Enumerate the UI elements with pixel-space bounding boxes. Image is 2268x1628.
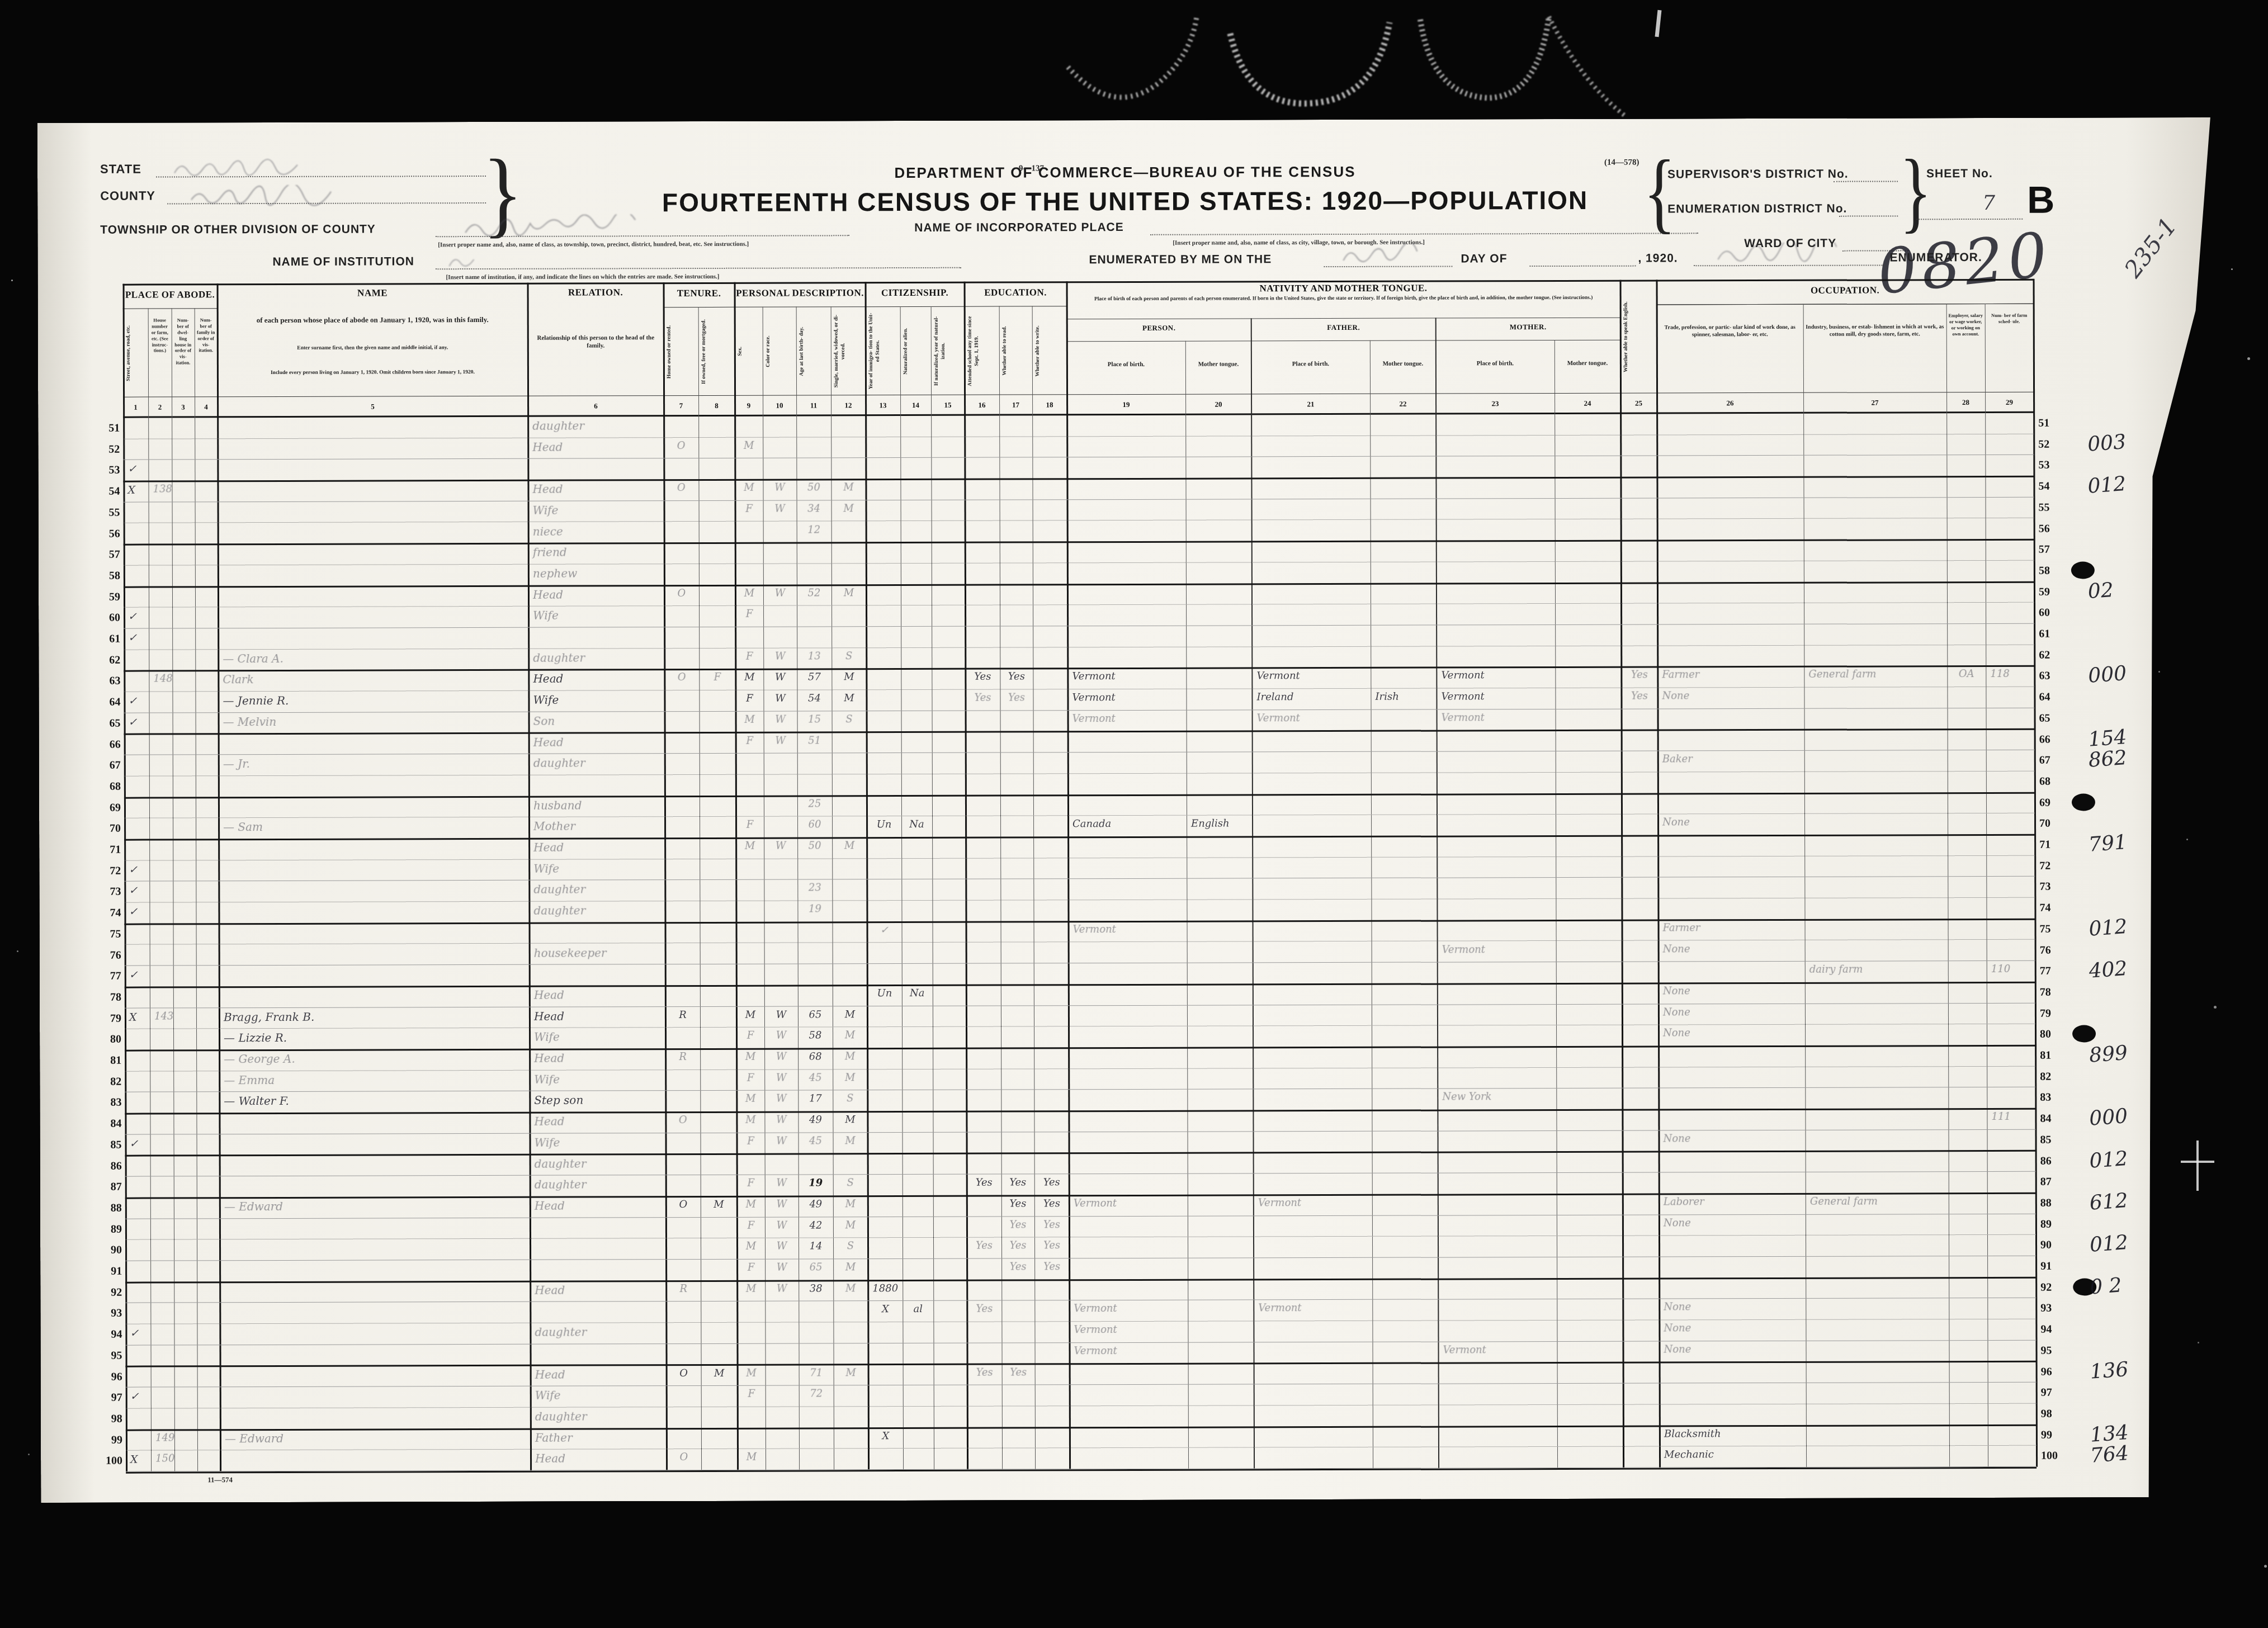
handwritten-entry: Vermont bbox=[1071, 1198, 1188, 1210]
column-number: 18 bbox=[1032, 394, 1067, 415]
handwritten-entry: Head bbox=[531, 840, 665, 854]
handwritten-entry: F bbox=[739, 1135, 763, 1147]
handwritten-entry: daughter bbox=[531, 903, 665, 917]
margin-annotation: 612 bbox=[2089, 1189, 2129, 1215]
row-number-left: 82 bbox=[100, 1075, 121, 1088]
handwritten-entry: W bbox=[767, 1051, 796, 1063]
column-number: 22 bbox=[1370, 394, 1436, 415]
handwritten-entry: daughter bbox=[533, 1409, 667, 1423]
margin-annotation: 862 bbox=[2087, 746, 2128, 772]
row-number-left: 63 bbox=[99, 675, 120, 688]
film-speckles-left bbox=[11, 280, 13, 281]
handwritten-entry: 25 bbox=[800, 798, 830, 810]
row-number-left: 77 bbox=[100, 970, 121, 983]
row-number-left: 68 bbox=[100, 780, 121, 793]
handwritten-entry: 52 bbox=[799, 587, 829, 599]
abode-checkmark: ✓ bbox=[129, 884, 138, 897]
margin-annotation: 012 bbox=[2087, 472, 2127, 498]
handwritten-entry: Ireland bbox=[1254, 691, 1371, 703]
handwritten-entry: English bbox=[1189, 818, 1253, 830]
handwritten-entry: daughter bbox=[531, 883, 665, 897]
handwritten-entry: — Walter F. bbox=[221, 1094, 530, 1108]
row-number-left: 85 bbox=[101, 1139, 122, 1152]
handwritten-entry: 118 bbox=[1988, 668, 2034, 680]
handwritten-entry: dairy farm bbox=[1807, 963, 1948, 976]
handwritten-entry: — Emma bbox=[221, 1072, 530, 1086]
abode-checkmark: ✓ bbox=[128, 695, 137, 707]
handwritten-entry: M bbox=[739, 1282, 763, 1294]
column-label: Age at last birth- day. bbox=[798, 311, 829, 391]
row-number-left: 81 bbox=[100, 1054, 121, 1067]
row-number-right: 86 bbox=[2040, 1154, 2066, 1167]
row-number-right: 93 bbox=[2040, 1302, 2066, 1315]
handwritten-entry: Bragg, Frank B. bbox=[221, 1009, 530, 1023]
abode-checkmark: ✓ bbox=[129, 969, 138, 981]
handwritten-entry: None bbox=[1661, 1133, 1806, 1145]
handwritten-entry: 13 bbox=[799, 650, 829, 662]
handwritten-entry: None bbox=[1661, 1301, 1806, 1313]
film-tear-artifact bbox=[1062, 0, 1733, 134]
row-number-left: 76 bbox=[100, 949, 121, 962]
handwritten-entry: 38 bbox=[801, 1282, 831, 1294]
handwritten-entry: Head bbox=[531, 672, 664, 686]
row-number-left: 92 bbox=[101, 1286, 122, 1299]
handwritten-entry: M bbox=[834, 692, 864, 704]
handwritten-entry: None bbox=[1661, 1006, 1805, 1018]
column-number: 2 bbox=[148, 396, 172, 418]
hole-punch-dot bbox=[2072, 793, 2095, 811]
handwritten-entry: 45 bbox=[800, 1072, 830, 1083]
row-number-right: 66 bbox=[2039, 733, 2065, 746]
handwritten-entry: Yes bbox=[970, 1366, 1000, 1378]
row-number-left: 100 bbox=[101, 1455, 122, 1468]
column-number: 23 bbox=[1436, 393, 1554, 415]
group-title: TENURE. bbox=[664, 288, 735, 299]
row-number-right: 52 bbox=[2038, 438, 2064, 451]
column-number: 25 bbox=[1620, 393, 1657, 414]
handwritten-entry: M bbox=[738, 840, 762, 852]
column-number: 8 bbox=[698, 395, 735, 417]
abode-checkmark: ✓ bbox=[127, 463, 136, 475]
handwritten-entry: — Lizzie R. bbox=[221, 1030, 530, 1044]
margin-annotation: 764 bbox=[2090, 1442, 2130, 1468]
handwritten-entry: W bbox=[765, 482, 794, 494]
handwritten-entry: daughter bbox=[531, 651, 664, 665]
handwritten-entry: Yes bbox=[1004, 1240, 1032, 1252]
handwritten-entry: None bbox=[1660, 690, 1804, 702]
handwritten-entry: R bbox=[668, 1051, 698, 1063]
handwritten-entry: R bbox=[668, 1283, 698, 1295]
row-number-right: 87 bbox=[2040, 1176, 2066, 1189]
row-number-left: 61 bbox=[99, 633, 120, 646]
column-number: 21 bbox=[1251, 394, 1370, 415]
handwritten-entry: O bbox=[668, 1199, 698, 1210]
handwritten-entry: O bbox=[667, 588, 697, 599]
handwritten-entry: 111 bbox=[1989, 1111, 2035, 1123]
grid-hline bbox=[866, 306, 965, 307]
handwritten-entry: Head bbox=[530, 482, 664, 496]
column-number: 14 bbox=[900, 395, 931, 416]
row-number-right: 100 bbox=[2041, 1450, 2067, 1463]
handwritten-entry: M bbox=[835, 1050, 865, 1062]
group-title: CITIZENSHIP. bbox=[866, 287, 965, 299]
row-number-right: 91 bbox=[2040, 1260, 2066, 1273]
handwritten-entry: Canada bbox=[1070, 818, 1187, 830]
handwritten-entry: O bbox=[666, 482, 696, 494]
handwritten-entry: Vermont bbox=[1070, 670, 1186, 683]
handwritten-entry: Head bbox=[532, 1051, 665, 1065]
handwritten-entry: Step son bbox=[532, 1094, 665, 1108]
row-number-right: 69 bbox=[2039, 796, 2065, 809]
column-number: 15 bbox=[931, 395, 965, 416]
row-number-left: 93 bbox=[101, 1307, 122, 1320]
row-number-left: 53 bbox=[98, 464, 120, 477]
handwritten-entry: 58 bbox=[800, 1030, 830, 1042]
handwritten-entry: Head bbox=[532, 988, 665, 1002]
column-label: Place of birth. bbox=[1436, 359, 1554, 368]
margin-annotation: 003 bbox=[2087, 430, 2127, 456]
handwritten-entry: F bbox=[739, 1219, 763, 1231]
handwritten-entry: W bbox=[767, 1093, 796, 1105]
handwritten-entry: W bbox=[767, 1114, 796, 1126]
handwritten-entry: Yes bbox=[969, 1177, 999, 1189]
nativity-subgroup: MOTHER. bbox=[1436, 323, 1620, 332]
handwritten-entry: X bbox=[871, 1430, 901, 1442]
row-number-right: 55 bbox=[2039, 501, 2064, 514]
row-number-left: 66 bbox=[100, 738, 121, 751]
handwritten-entry: M bbox=[740, 1367, 763, 1379]
row-number-right: 62 bbox=[2039, 649, 2064, 661]
row-number-right: 77 bbox=[2040, 965, 2066, 978]
abode-xmark: X bbox=[129, 1011, 137, 1023]
handwritten-entry: S bbox=[835, 1177, 866, 1189]
handwritten-entry: 34 bbox=[799, 503, 829, 514]
handwritten-entry: M bbox=[835, 1072, 865, 1083]
handwritten-entry: Yes bbox=[1037, 1219, 1067, 1231]
row-number-left: 60 bbox=[99, 612, 120, 624]
handwritten-entry: Head bbox=[532, 1283, 666, 1297]
row-number-left: 99 bbox=[101, 1433, 122, 1446]
handwritten-entry: W bbox=[767, 1030, 796, 1042]
handwritten-entry: Head bbox=[533, 1451, 667, 1465]
handwritten-entry: 19 bbox=[800, 903, 830, 915]
row-number-right: 81 bbox=[2040, 1049, 2066, 1062]
handwritten-entry: Vermont bbox=[1070, 713, 1187, 725]
handwritten-entry: F bbox=[738, 608, 761, 620]
handwritten-entry: M bbox=[739, 1093, 762, 1105]
handwritten-entry: W bbox=[767, 1177, 796, 1189]
handwritten-entry: Vermont bbox=[1441, 1344, 1557, 1356]
handwritten-entry: F bbox=[701, 671, 733, 683]
handwritten-entry: F bbox=[738, 819, 762, 831]
handwritten-entry: M bbox=[835, 1114, 865, 1125]
column-label: If owned, free or mortgaged. bbox=[701, 311, 733, 392]
column-number: 4 bbox=[195, 396, 218, 418]
handwritten-entry: Yes bbox=[1623, 690, 1655, 702]
column-label: Whether able to read. bbox=[1001, 310, 1030, 391]
handwritten-entry: F bbox=[739, 1177, 763, 1189]
film-scratch-right-2 bbox=[2181, 1161, 2214, 1163]
handwritten-entry: Vermont bbox=[1256, 1197, 1372, 1209]
column-number: 24 bbox=[1554, 393, 1620, 414]
row-number-right: 92 bbox=[2040, 1281, 2066, 1294]
row-number-right: 72 bbox=[2039, 859, 2065, 872]
handwritten-entry: Wife bbox=[531, 503, 664, 517]
handwritten-entry: General farm bbox=[1806, 669, 1947, 681]
abode-xmark: X bbox=[127, 484, 135, 496]
row-number-right: 51 bbox=[2038, 417, 2064, 430]
handwritten-entry: M bbox=[739, 1114, 762, 1126]
row-number-left: 91 bbox=[101, 1265, 122, 1278]
handwritten-entry: M bbox=[834, 587, 864, 599]
handwritten-entry: W bbox=[767, 1219, 796, 1231]
group-title: PLACE OF ABODE. bbox=[123, 289, 218, 300]
handwritten-entry: 57 bbox=[799, 671, 829, 683]
handwritten-entry: Un bbox=[869, 818, 899, 830]
column-number: 7 bbox=[664, 395, 698, 417]
handwritten-entry: M bbox=[834, 503, 864, 514]
handwritten-entry: 71 bbox=[801, 1367, 831, 1379]
handwritten-entry: daughter bbox=[531, 756, 665, 770]
margin-annotation: 899 bbox=[2089, 1042, 2129, 1067]
handwritten-entry: Vermont bbox=[1440, 943, 1556, 955]
column-label: Street, avenue, road, etc. bbox=[125, 313, 146, 394]
row-number-left: 54 bbox=[98, 485, 120, 498]
handwritten-entry: OA bbox=[1949, 668, 1983, 680]
handwritten-entry: O bbox=[669, 1367, 699, 1379]
row-number-left: 78 bbox=[100, 991, 121, 1004]
row-number-right: 74 bbox=[2039, 902, 2065, 915]
column-label: Naturalized or alien. bbox=[903, 311, 929, 391]
row-number-left: 89 bbox=[101, 1223, 122, 1236]
bottom-form-code: 11—574 bbox=[207, 1475, 233, 1484]
handwritten-entry: ✓ bbox=[870, 924, 900, 936]
handwritten-entry: — George A. bbox=[221, 1052, 530, 1066]
column-number: 20 bbox=[1185, 394, 1251, 415]
group-title: EDUCATION. bbox=[965, 287, 1067, 298]
column-number: 10 bbox=[763, 395, 796, 417]
name-desc-note2: Include every person living on January 1… bbox=[232, 369, 513, 376]
handwritten-entry: M bbox=[739, 1009, 762, 1020]
handwritten-entry: Vermont bbox=[1072, 1345, 1188, 1357]
handwritten-entry: Yes bbox=[967, 692, 998, 704]
handwritten-entry: W bbox=[766, 503, 795, 514]
handwritten-entry: O bbox=[667, 671, 697, 683]
handwritten-entry: 51 bbox=[800, 735, 830, 746]
row-number-left: 62 bbox=[99, 654, 120, 666]
handwritten-entry: 68 bbox=[800, 1050, 830, 1062]
column-label: Num- ber of dwel- ling house in order of… bbox=[173, 317, 193, 366]
handwritten-entry: Yes bbox=[1037, 1261, 1067, 1272]
handwritten-entry: 54 bbox=[799, 692, 829, 704]
row-number-left: 79 bbox=[100, 1012, 121, 1025]
handwritten-entry: daughter bbox=[532, 1177, 666, 1191]
handwritten-entry: 138 bbox=[150, 484, 172, 495]
row-number-left: 95 bbox=[101, 1350, 122, 1362]
nativity-subgroup: PERSON. bbox=[1067, 323, 1251, 333]
group-title: NAME bbox=[218, 287, 528, 299]
handwritten-entry: M bbox=[739, 1241, 763, 1252]
row-number-right: 64 bbox=[2039, 691, 2064, 704]
margin-annotation: 136 bbox=[2089, 1357, 2129, 1383]
column-label: Home owned or rented. bbox=[666, 311, 696, 392]
handwritten-entry: M bbox=[738, 587, 761, 599]
margin-annotation: 02 bbox=[2087, 578, 2115, 603]
row-number-right: 97 bbox=[2041, 1386, 2067, 1399]
row-number-left: 73 bbox=[100, 886, 121, 898]
row-number-right: 78 bbox=[2040, 986, 2066, 998]
grid-hline bbox=[965, 306, 1067, 306]
column-label: Industry, business, or estab- lishment i… bbox=[1805, 324, 1945, 338]
row-number-right: 56 bbox=[2039, 522, 2064, 535]
handwritten-entry: 143 bbox=[152, 1010, 173, 1022]
handwritten-entry: W bbox=[766, 840, 795, 852]
handwritten-entry: 12 bbox=[799, 524, 829, 536]
column-label: Single, married, widowed, or di- vorced. bbox=[833, 311, 863, 391]
handwritten-entry: daughter bbox=[532, 1325, 666, 1339]
column-number: 3 bbox=[172, 396, 195, 418]
handwritten-entry: Wife bbox=[532, 1072, 665, 1086]
handwritten-entry: M bbox=[739, 1051, 762, 1063]
column-number: 9 bbox=[735, 395, 763, 417]
row-number-right: 85 bbox=[2040, 1133, 2066, 1146]
abode-checkmark: ✓ bbox=[130, 1390, 139, 1403]
grid-hline bbox=[123, 308, 218, 309]
column-number: 12 bbox=[831, 395, 866, 416]
handwritten-entry: Blacksmith bbox=[1662, 1427, 1806, 1440]
handwritten-entry: None bbox=[1661, 1322, 1806, 1334]
row-number-right: 65 bbox=[2039, 712, 2065, 725]
handwritten-entry: Vermont bbox=[1439, 712, 1556, 724]
hole-punch-dot bbox=[2072, 1025, 2096, 1043]
handwritten-entry: Wife bbox=[533, 1388, 667, 1402]
row-number-left: 97 bbox=[101, 1392, 122, 1404]
row-number-right: 58 bbox=[2039, 564, 2064, 577]
row-number-left: 65 bbox=[100, 717, 121, 730]
handwritten-entry: None bbox=[1661, 1027, 1805, 1039]
column-label: If naturalized, year of natural- ization… bbox=[933, 311, 962, 391]
row-number-right: 63 bbox=[2039, 670, 2064, 683]
handwritten-entry: M bbox=[835, 1198, 866, 1210]
grid-hline bbox=[1067, 318, 1620, 320]
row-number-right: 98 bbox=[2041, 1407, 2067, 1420]
column-label: House number or farm, etc. (See instruc-… bbox=[150, 317, 170, 353]
handwritten-entry: 148 bbox=[151, 673, 172, 685]
column-number: 26 bbox=[1657, 392, 1803, 414]
handwritten-entry: M bbox=[835, 1219, 866, 1231]
margin-annotation: 000 bbox=[2087, 662, 2128, 688]
row-number-right: 84 bbox=[2040, 1113, 2066, 1125]
abode-checkmark: ✓ bbox=[130, 1327, 139, 1340]
row-number-left: 96 bbox=[101, 1370, 122, 1383]
row-number-right: 59 bbox=[2039, 585, 2064, 598]
handwritten-entry: — Jennie R. bbox=[220, 693, 528, 707]
handwritten-entry: M bbox=[739, 1199, 763, 1210]
handwritten-entry: Yes bbox=[967, 671, 998, 683]
handwritten-entry: R bbox=[668, 1009, 698, 1021]
handwritten-entry: M bbox=[738, 714, 762, 726]
row-number-right: 71 bbox=[2039, 839, 2065, 851]
handwritten-entry: 110 bbox=[1989, 963, 2035, 975]
handwritten-entry: M bbox=[738, 671, 761, 683]
margin-annotation: 012 bbox=[2088, 915, 2128, 941]
row-number-right: 94 bbox=[2040, 1323, 2066, 1336]
handwritten-entry: M bbox=[703, 1367, 735, 1379]
row-number-left: 70 bbox=[100, 822, 121, 835]
handwritten-entry: Vermont bbox=[1439, 690, 1555, 703]
handwritten-entry: Vermont bbox=[1439, 669, 1555, 682]
handwritten-entry: Vermont bbox=[1071, 1324, 1188, 1336]
handwritten-entry: F bbox=[739, 1262, 763, 1274]
census-table: PLACE OF ABODE.NAMERELATION.TENURE.PERSO… bbox=[37, 117, 2216, 1503]
handwritten-entry: 19 bbox=[801, 1177, 831, 1189]
handwritten-entry: S bbox=[834, 650, 864, 662]
handwritten-entry: M bbox=[834, 671, 864, 683]
row-number-left: 83 bbox=[100, 1096, 121, 1109]
margin-annotation: 402 bbox=[2088, 957, 2128, 983]
film-scratch-right bbox=[2196, 1140, 2199, 1191]
handwritten-entry: Yes bbox=[1037, 1240, 1067, 1252]
handwritten-entry: Farmer bbox=[1661, 922, 1805, 934]
handwritten-entry: Head bbox=[530, 440, 664, 454]
row-number-left: 94 bbox=[101, 1328, 122, 1341]
row-number-right: 53 bbox=[2038, 459, 2064, 472]
handwritten-entry: Irish bbox=[1373, 691, 1437, 703]
handwritten-entry: F bbox=[739, 1072, 762, 1083]
row-number-left: 59 bbox=[99, 590, 120, 603]
handwritten-entry: W bbox=[766, 735, 795, 746]
column-label: Color or race. bbox=[765, 311, 794, 392]
row-number-left: 55 bbox=[99, 507, 120, 519]
handwritten-entry: Wife bbox=[531, 693, 664, 707]
handwritten-entry: Vermont bbox=[1071, 924, 1187, 936]
handwritten-entry: daughter bbox=[532, 1157, 666, 1171]
row-number-right: 70 bbox=[2039, 817, 2065, 830]
row-number-right: 61 bbox=[2039, 628, 2064, 641]
handwritten-entry: Yes bbox=[969, 1303, 999, 1315]
handwritten-entry: Clark bbox=[220, 672, 528, 686]
name-desc-note1: Enter surname first, then the given name… bbox=[232, 344, 513, 352]
margin-annotation: 012 bbox=[2089, 1231, 2129, 1257]
handwritten-entry: O bbox=[668, 1114, 698, 1126]
row-number-right: 79 bbox=[2040, 1007, 2066, 1020]
handwritten-entry: Vermont bbox=[1255, 712, 1371, 725]
row-number-left: 86 bbox=[101, 1160, 122, 1172]
handwritten-entry: Yes bbox=[1004, 1366, 1033, 1378]
handwritten-entry: friend bbox=[531, 545, 664, 559]
column-label: Place of birth. bbox=[1251, 360, 1370, 368]
handwritten-entry: W bbox=[767, 1262, 796, 1274]
handwritten-entry: niece bbox=[531, 524, 664, 538]
handwritten-entry: M bbox=[833, 481, 863, 493]
handwritten-entry: Yes bbox=[1004, 1177, 1032, 1189]
handwritten-entry: W bbox=[767, 1241, 796, 1252]
handwritten-entry: F bbox=[740, 1388, 763, 1400]
abode-xmark: X bbox=[130, 1454, 138, 1466]
handwritten-entry: housekeeper bbox=[532, 946, 665, 960]
handwritten-entry: W bbox=[767, 1282, 796, 1294]
handwritten-entry: General farm bbox=[1808, 1195, 1949, 1208]
handwritten-entry: 23 bbox=[800, 882, 830, 894]
handwritten-entry: M bbox=[703, 1199, 735, 1210]
row-number-right: 95 bbox=[2041, 1344, 2067, 1357]
column-number: 19 bbox=[1067, 394, 1185, 416]
handwritten-entry: 49 bbox=[801, 1198, 831, 1210]
handwritten-entry: S bbox=[834, 713, 864, 725]
handwritten-entry: Un bbox=[870, 987, 900, 999]
handwritten-entry: F bbox=[738, 693, 761, 704]
column-label: Mother tongue. bbox=[1554, 359, 1620, 367]
